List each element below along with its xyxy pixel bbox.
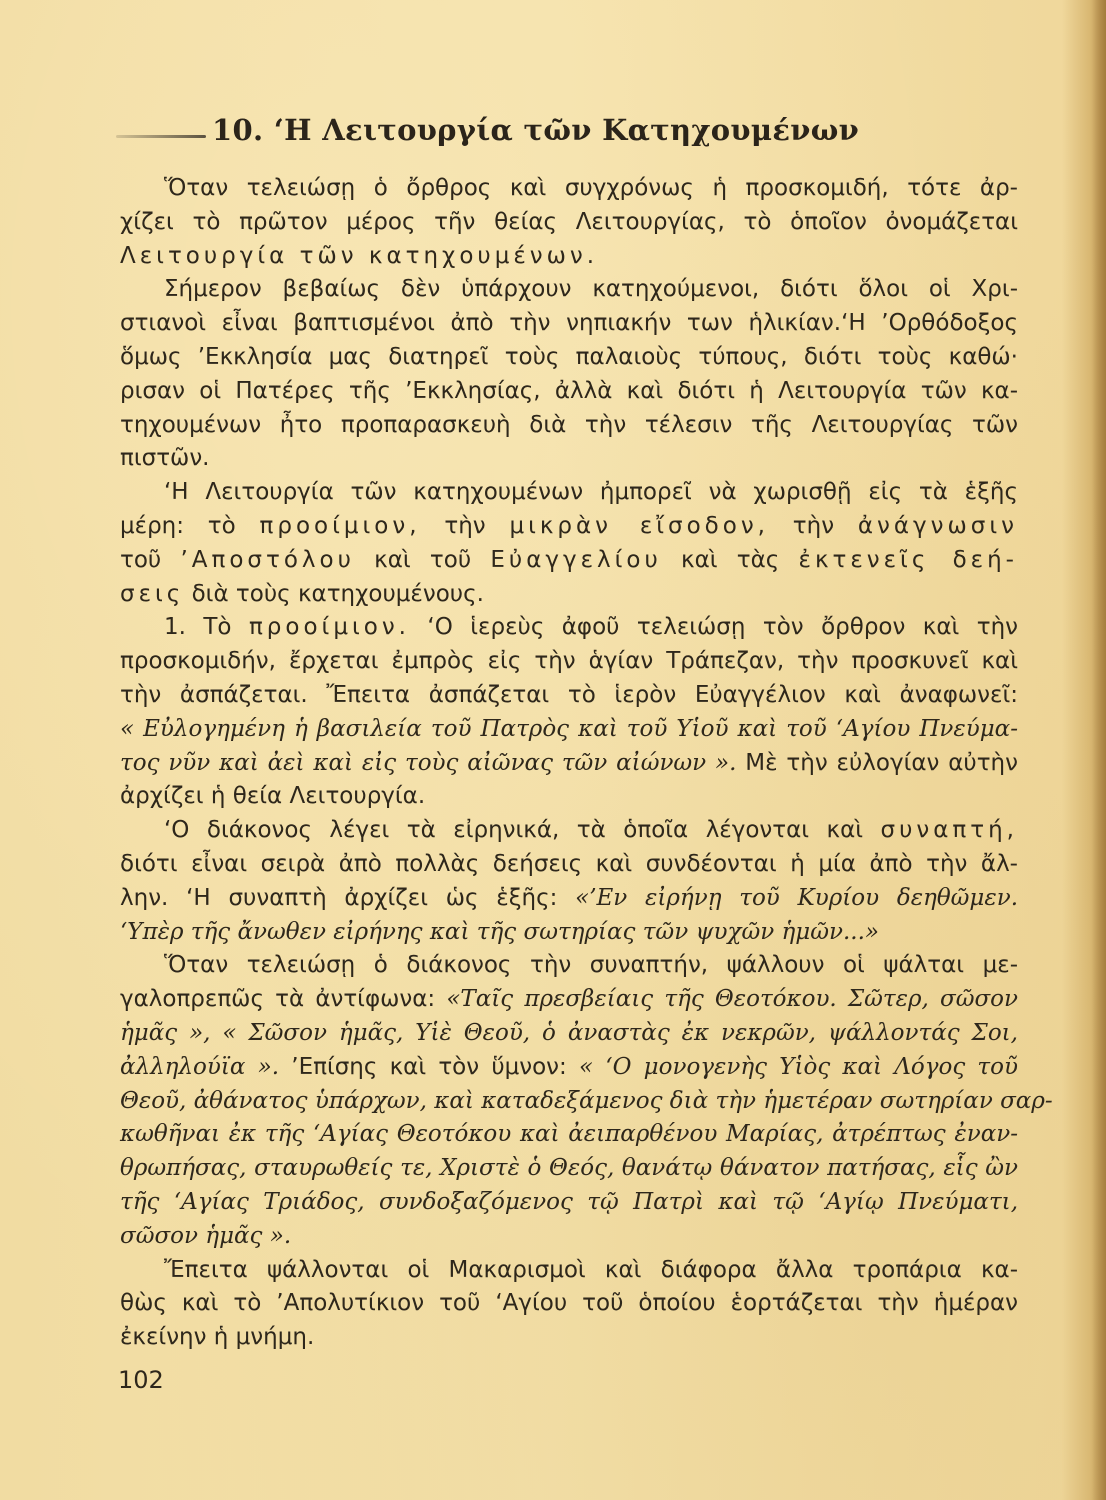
italic-quote-segment: ἀλληλούϊα ».	[120, 1054, 279, 1080]
text-segment: λην. ‘Η συναπτὴ ἀρχίζει ὡς ἑξῆς:	[120, 885, 575, 911]
text-segment: καὶ τὰς	[662, 547, 799, 573]
italic-quote-segment: ‘Υπὲρ τῆς ἄνωθεν εἰρήνης καὶ τῆς σωτηρία…	[120, 919, 879, 945]
text-segment: ὅμως ’Εκκλησία μας διατηρεῖ τοὺς παλαιοὺ…	[120, 344, 1018, 370]
text-line: τηχουμένων ἦτο προπαρασκευὴ διὰ τὴν τέλε…	[120, 409, 1018, 443]
spaced-emphasis-segment: προοίμιον,	[260, 513, 421, 539]
italic-quote-segment: « Εὐλογημένη ἡ βασιλεία τοῦ Πατρὸς καὶ τ…	[120, 716, 1018, 742]
italic-quote-segment: «’Εν εἰρήνῃ τοῦ Κυρίου δεηθῶμεν.	[575, 885, 1018, 911]
text-line: Θεοῦ, ἀθάνατος ὑπάρχων, καὶ καταδεξάμενο…	[120, 1085, 1018, 1119]
text-line: στιανοὶ εἶναι βαπτισμένοι ἀπὸ τὴν νηπιακ…	[120, 307, 1018, 341]
text-line: κωθῆναι ἐκ τῆς ‘Αγίας Θεοτόκου καὶ ἀειπα…	[120, 1118, 1018, 1152]
text-line: θρωπήσας, σταυρωθείς τε, Χριστὲ ὁ Θεός, …	[120, 1152, 1018, 1186]
italic-quote-segment: «Ταῖς πρεσβείαις τῆς Θεοτόκου. Σῶτερ, σῶ…	[446, 986, 1018, 1012]
chapter-body-text: Ὅταν τελειώσῃ ὁ ὄρθρος καὶ συγχρόνως ἡ π…	[120, 172, 1018, 1355]
text-line: ‘Η Λειτουργία τῶν κατηχουμένων ἠμπορεῖ ν…	[120, 476, 1018, 510]
text-line: ἀρχίζει ἡ θεία Λειτουργία.	[120, 780, 1018, 814]
text-segment: ἐκείνην ἡ μνήμη.	[120, 1324, 314, 1350]
text-line: ρισαν οἱ Πατέρες τῆς ’Εκκλησίας, ἀλλὰ κα…	[120, 375, 1018, 409]
text-line: Ἔπειτα ψάλλονται οἱ Μακαρισμοὶ καὶ διάφο…	[120, 1254, 1018, 1288]
text-segment: ρισαν οἱ Πατέρες τῆς ’Εκκλησίας, ἀλλὰ κα…	[120, 378, 1018, 404]
text-segment: προσκομιδήν, ἔρχεται ἐμπρὸς εἰς τὴν ἁγία…	[120, 648, 1018, 674]
text-line: « Εὐλογημένη ἡ βασιλεία τοῦ Πατρὸς καὶ τ…	[120, 713, 1018, 747]
text-segment: τὴν	[421, 513, 510, 539]
text-line: ὅμως ’Εκκλησία μας διατηρεῖ τοὺς παλαιοὺ…	[120, 341, 1018, 375]
text-segment: διὰ τοὺς κατηχουμένους.	[184, 581, 484, 607]
spaced-emphasis-segment: μικρὰν εἴσοδον,	[509, 513, 769, 539]
text-line: Σήμερον βεβαίως δὲν ὑπάρχουν κατηχούμενο…	[120, 273, 1018, 307]
italic-quote-segment: σῶσον ἡμᾶς ».	[120, 1223, 291, 1249]
text-segment: θὼς καὶ τὸ ’Απολυτίκιον τοῦ ‘Αγίου τοῦ ὁ…	[120, 1290, 1018, 1316]
text-segment: 1. Τὸ	[164, 614, 249, 640]
text-line: ἀλληλούϊα ». ’Επίσης καὶ τὸν ὕμνον: « ‘Ο…	[120, 1051, 1018, 1085]
italic-quote-segment: τῆς ‘Αγίας Τριάδος, συνδοξαζόμενος τῷ Πα…	[120, 1189, 1018, 1215]
text-segment: χίζει τὸ πρῶτον μέρος τῆν θείας Λειτουργ…	[120, 209, 1018, 235]
heading-rule-decoration	[116, 135, 206, 138]
text-segment: στιανοὶ εἶναι βαπτισμένοι ἀπὸ τὴν νηπιακ…	[120, 310, 1018, 336]
text-line: Ὅταν τελειώσῃ ὁ ὄρθρος καὶ συγχρόνως ἡ π…	[120, 172, 1018, 206]
italic-quote-segment: « ‘Ο μονογενὴς Υἱὸς καὶ Λόγος τοῦ	[579, 1054, 1018, 1080]
text-line: χίζει τὸ πρῶτον μέρος τῆν θείας Λειτουργ…	[120, 206, 1018, 240]
text-segment: τοῦ	[120, 547, 180, 573]
text-line: ἐκείνην ἡ μνήμη.	[120, 1321, 1018, 1355]
text-segment: Ἔπειτα ψάλλονται οἱ Μακαρισμοὶ καὶ διάφο…	[164, 1257, 1018, 1283]
text-segment: τηχουμένων ἦτο προπαρασκευὴ διὰ τὴν τέλε…	[120, 412, 1018, 438]
page-edge-shadow	[1092, 0, 1106, 1500]
text-segment: Μὲ τὴν εὐλογίαν αὐτὴν	[736, 750, 1018, 776]
spaced-emphasis-segment: ’Αποστόλου	[180, 547, 354, 573]
text-segment: ’Επίσης καὶ τὸν ὕμνον:	[279, 1054, 579, 1080]
text-segment: ἀρχίζει ἡ θεία Λειτουργία.	[120, 783, 425, 809]
text-line: θὼς καὶ τὸ ’Απολυτίκιον τοῦ ‘Αγίου τοῦ ὁ…	[120, 1287, 1018, 1321]
text-segment: Ὅταν τελειώσῃ ὁ διάκονος τὴν συναπτήν, ψ…	[164, 952, 1018, 978]
text-line: τοῦ ’Αποστόλου καὶ τοῦ Εὐαγγελίου καὶ τὰ…	[120, 544, 1018, 578]
spaced-emphasis-segment: σεις	[120, 581, 184, 607]
text-line: ‘Υπὲρ τῆς ἄνωθεν εἰρήνης καὶ τῆς σωτηρία…	[120, 916, 1018, 950]
text-line: τος νῦν καὶ ἀεὶ καὶ εἰς τοὺς αἰῶνας τῶν …	[120, 747, 1018, 781]
italic-quote-segment: ἡμᾶς », « Σῶσον ἡμᾶς, Υἱὲ Θεοῦ, ὁ ἀναστὰ…	[120, 1020, 1018, 1046]
text-line: πιστῶν.	[120, 442, 1018, 476]
chapter-title: 10. ‘Η Λειτουργία τῶν Κατηχουμένων	[212, 113, 859, 147]
text-line: προσκομιδήν, ἔρχεται ἐμπρὸς εἰς τὴν ἁγία…	[120, 645, 1018, 679]
spaced-emphasis-segment: προοίμιον.	[249, 614, 410, 640]
italic-quote-segment: κωθῆναι ἐκ τῆς ‘Αγίας Θεοτόκου καὶ ἀειπα…	[120, 1121, 1018, 1147]
spaced-emphasis-segment: συναπτή,	[881, 817, 1018, 843]
text-line: ‘Ο διάκονος λέγει τὰ εἰρηνικά, τὰ ὁποῖα …	[120, 814, 1018, 848]
text-line: 1. Τὸ προοίμιον. ‘Ο ἱερεὺς ἀφοῦ τελειώσῃ…	[120, 611, 1018, 645]
text-segment: τὴν	[769, 513, 858, 539]
text-segment: τὴν ἀσπάζεται. Ἔπειτα ἀσπάζεται τὸ ἱερὸν…	[120, 682, 1018, 708]
text-segment: διότι εἶναι σειρὰ ἀπὸ πολλὰς δεήσεις καὶ…	[120, 851, 1018, 877]
spaced-emphasis-segment: ἀνάγνωσιν	[858, 513, 1018, 539]
italic-quote-segment: θρωπήσας, σταυρωθείς τε, Χριστὲ ὁ Θεός, …	[120, 1155, 1018, 1181]
text-line: σῶσον ἡμᾶς ».	[120, 1220, 1018, 1254]
text-line: τῆς ‘Αγίας Τριάδος, συνδοξαζόμενος τῷ Πα…	[120, 1186, 1018, 1220]
text-line: Λειτουργία τῶν κατηχουμένων.	[120, 240, 1018, 274]
text-segment: ‘Η Λειτουργία τῶν κατηχουμένων ἠμπορεῖ ν…	[164, 479, 1018, 505]
text-segment: Ὅταν τελειώσῃ ὁ ὄρθρος καὶ συγχρόνως ἡ π…	[164, 175, 1018, 201]
text-segment: ‘Ο διάκονος λέγει τὰ εἰρηνικά, τὰ ὁποῖα …	[164, 817, 881, 843]
text-segment: μέρη: τὸ	[120, 513, 260, 539]
page-number: 102	[118, 1366, 164, 1394]
spaced-emphasis-segment: Εὐαγγελίου	[490, 547, 661, 573]
chapter-heading: 10. ‘Η Λειτουργία τῶν Κατηχουμένων	[116, 108, 916, 152]
text-line: λην. ‘Η συναπτὴ ἀρχίζει ὡς ἑξῆς: «’Εν εἰ…	[120, 882, 1018, 916]
text-segment: γαλοπρεπῶς τὰ ἀντίφωνα:	[120, 986, 446, 1012]
text-segment: πιστῶν.	[120, 445, 209, 471]
text-segment: Σήμερον βεβαίως δὲν ὑπάρχουν κατηχούμενο…	[164, 276, 1018, 302]
italic-quote-segment: Θεοῦ, ἀθάνατος ὑπάρχων, καὶ καταδεξάμενο…	[120, 1088, 1053, 1114]
text-segment: ‘Ο ἱερεὺς ἀφοῦ τελειώσῃ τὸν ὄρθρον καὶ τ…	[410, 614, 1018, 640]
italic-quote-segment: τος νῦν καὶ ἀεὶ καὶ εἰς τοὺς αἰῶνας τῶν …	[120, 750, 736, 776]
text-line: σεις διὰ τοὺς κατηχουμένους.	[120, 578, 1018, 612]
text-line: Ὅταν τελειώσῃ ὁ διάκονος τὴν συναπτήν, ψ…	[120, 949, 1018, 983]
text-segment: καὶ τοῦ	[355, 547, 490, 573]
text-line: γαλοπρεπῶς τὰ ἀντίφωνα: «Ταῖς πρεσβείαις…	[120, 983, 1018, 1017]
text-line: μέρη: τὸ προοίμιον, τὴν μικρὰν εἴσοδον, …	[120, 510, 1018, 544]
text-line: διότι εἶναι σειρὰ ἀπὸ πολλὰς δεήσεις καὶ…	[120, 848, 1018, 882]
text-line: ἡμᾶς », « Σῶσον ἡμᾶς, Υἱὲ Θεοῦ, ὁ ἀναστὰ…	[120, 1017, 1018, 1051]
text-line: τὴν ἀσπάζεται. Ἔπειτα ἀσπάζεται τὸ ἱερὸν…	[120, 679, 1018, 713]
scanned-book-page: 10. ‘Η Λειτουργία τῶν Κατηχουμένων Ὅταν …	[0, 0, 1106, 1500]
spaced-emphasis-segment: Λειτουργία τῶν κατηχουμένων.	[120, 243, 598, 269]
spaced-emphasis-segment: ἐκτενεῖς δεή-	[799, 547, 1018, 573]
